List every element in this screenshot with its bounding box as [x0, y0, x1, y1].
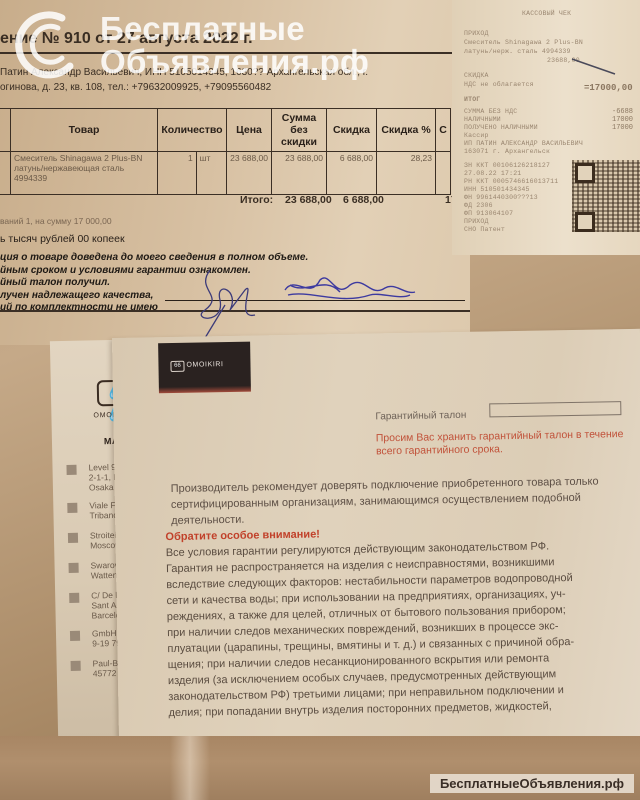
qr-code — [572, 160, 640, 232]
receipt-line: СНО Патент — [464, 226, 505, 233]
col-product: Товар — [11, 109, 158, 152]
warranty-card: 66 OMOIKIRI Гарантийный талон Просим Вас… — [112, 329, 640, 748]
qr-finder — [575, 212, 595, 232]
receipt-line: латунь/нерж. сталь 4994339 — [464, 48, 571, 55]
cell-sum: 23 688,00 — [272, 152, 327, 195]
cell-qty: 1 — [158, 152, 197, 195]
watermark-logo-icon — [12, 8, 84, 80]
keep-talon-note: Просим Вас хранить гарантийный талон в т… — [376, 428, 626, 457]
qr-finder — [575, 163, 595, 183]
col-price: Цена — [227, 109, 272, 152]
receipt-value: -6688 — [612, 108, 633, 116]
amount-in-words: ь тысяч рублей 00 копеек — [0, 233, 125, 245]
cell-discount: 6 688,00 — [327, 152, 377, 195]
cash-receipt: КАССОВЫЙ ЧЕК ПРИХОД Смеситель Shinagawa … — [452, 0, 640, 255]
installation-recommendation: Производитель рекомендует доверять подкл… — [165, 473, 640, 529]
table-header-row: Товар Количество Цена Сумма без скидки С… — [0, 109, 451, 152]
checkbox-square — [67, 503, 77, 513]
col-sum: Сумма без скидки — [272, 109, 327, 152]
total-label: Итого: — [240, 194, 273, 206]
watermark-line: Объявления.рф — [100, 45, 369, 78]
watermark-text: Бесплатные Объявления.рф — [100, 12, 369, 78]
receipt-line: НДС не облагается — [464, 81, 534, 88]
warranty-talon-number-field[interactable] — [489, 401, 621, 417]
receipt-line: СКИДКА — [464, 72, 489, 79]
receipt-line: ИП ПАТИН АЛЕКСАНДР ВАСИЛЬЕВИЧ — [464, 140, 583, 147]
cell-last — [436, 152, 451, 195]
checkbox-square — [66, 465, 76, 475]
col-index — [0, 109, 11, 152]
warranty-talon-label: Гарантийный талон — [375, 410, 466, 423]
table-row: Смеситель Shinagawa 2 Plus-BN латунь/нер… — [0, 152, 451, 195]
checkbox-square — [71, 661, 81, 671]
cell-product: Смеситель Shinagawa 2 Plus-BN латунь/нер… — [11, 152, 158, 195]
receipt-line: ФН 9961440300???13 — [464, 194, 538, 201]
watermark-line: Бесплатные — [100, 12, 369, 45]
pen-mark — [570, 56, 620, 76]
receipt-total: =17000,00 — [584, 83, 633, 93]
seller-address: огинова, д. 23, кв. 108, тел.: +79632009… — [0, 82, 271, 93]
receipt-line: РН ККТ 0005746616013711 — [464, 178, 558, 185]
receipt-line: КАССОВЫЙ ЧЕК — [522, 10, 571, 17]
warranty-terms: Производитель рекомендует доверять подкл… — [165, 473, 640, 721]
signature-scribble — [185, 260, 275, 340]
receipt-line: ФД 2306 — [464, 202, 493, 209]
warranty-rules: Все условия гарантии регулируются действ… — [166, 537, 640, 721]
checkbox-square — [69, 593, 79, 603]
receipt-line: ПОЛУЧЕНО НАЛИЧНЫМИ — [464, 124, 538, 131]
receipt-line: НАЛИЧНЫМИ — [464, 116, 501, 123]
receipt-line: ИНН 510501434345 — [464, 186, 530, 193]
summary-line: ваний 1, на сумму 17 000,00 — [0, 216, 112, 226]
receipt-line: Смеситель Shinagawa 2 Plus-BN — [464, 39, 583, 46]
invoice-table: Товар Количество Цена Сумма без скидки С… — [0, 108, 451, 195]
receipt-value: 17000 — [612, 124, 633, 132]
brand-name: OMOIKIRI — [186, 361, 223, 369]
col-discount-pct: Скидка % — [377, 109, 436, 152]
cell-discount-pct: 28,23 — [377, 152, 436, 195]
omoikiri-logo-block: 66 OMOIKIRI — [158, 342, 251, 394]
total-discount: 6 688,00 — [343, 194, 384, 206]
receipt-line: 163071 г. Архангельск — [464, 148, 550, 155]
receipt-line: ПРИХОД — [464, 218, 489, 225]
col-last: С — [436, 109, 451, 152]
signature-scribble — [280, 270, 420, 310]
envelope-fold — [170, 736, 210, 800]
receipt-line: 27.08.22 17:21 — [464, 170, 521, 177]
watermark-bottom-link[interactable]: БесплатныеОбъявления.рф — [430, 774, 634, 793]
checkbox-square — [68, 533, 78, 543]
receipt-line: ЗН ККТ 00106126218127 — [464, 162, 550, 169]
col-qty: Количество — [158, 109, 227, 152]
total-sum: 23 688,00 — [285, 194, 332, 206]
checkbox-square — [70, 631, 80, 641]
receipt-value: 17000 — [612, 116, 633, 124]
receipt-line: ИТОГ — [464, 96, 480, 103]
cell-index — [0, 152, 11, 195]
omoikiri-drops-icon: 66 — [170, 361, 184, 372]
receipt-line: ФП 913064107 — [464, 210, 513, 217]
cell-unit: шт — [196, 152, 226, 195]
col-discount: Скидка — [327, 109, 377, 152]
receipt-line: Кассир — [464, 132, 489, 139]
cell-price: 23 688,00 — [227, 152, 272, 195]
receipt-line: СУММА БЕЗ НДС — [464, 108, 517, 115]
checkbox-square — [69, 563, 79, 573]
receipt-line: ПРИХОД — [464, 30, 489, 37]
